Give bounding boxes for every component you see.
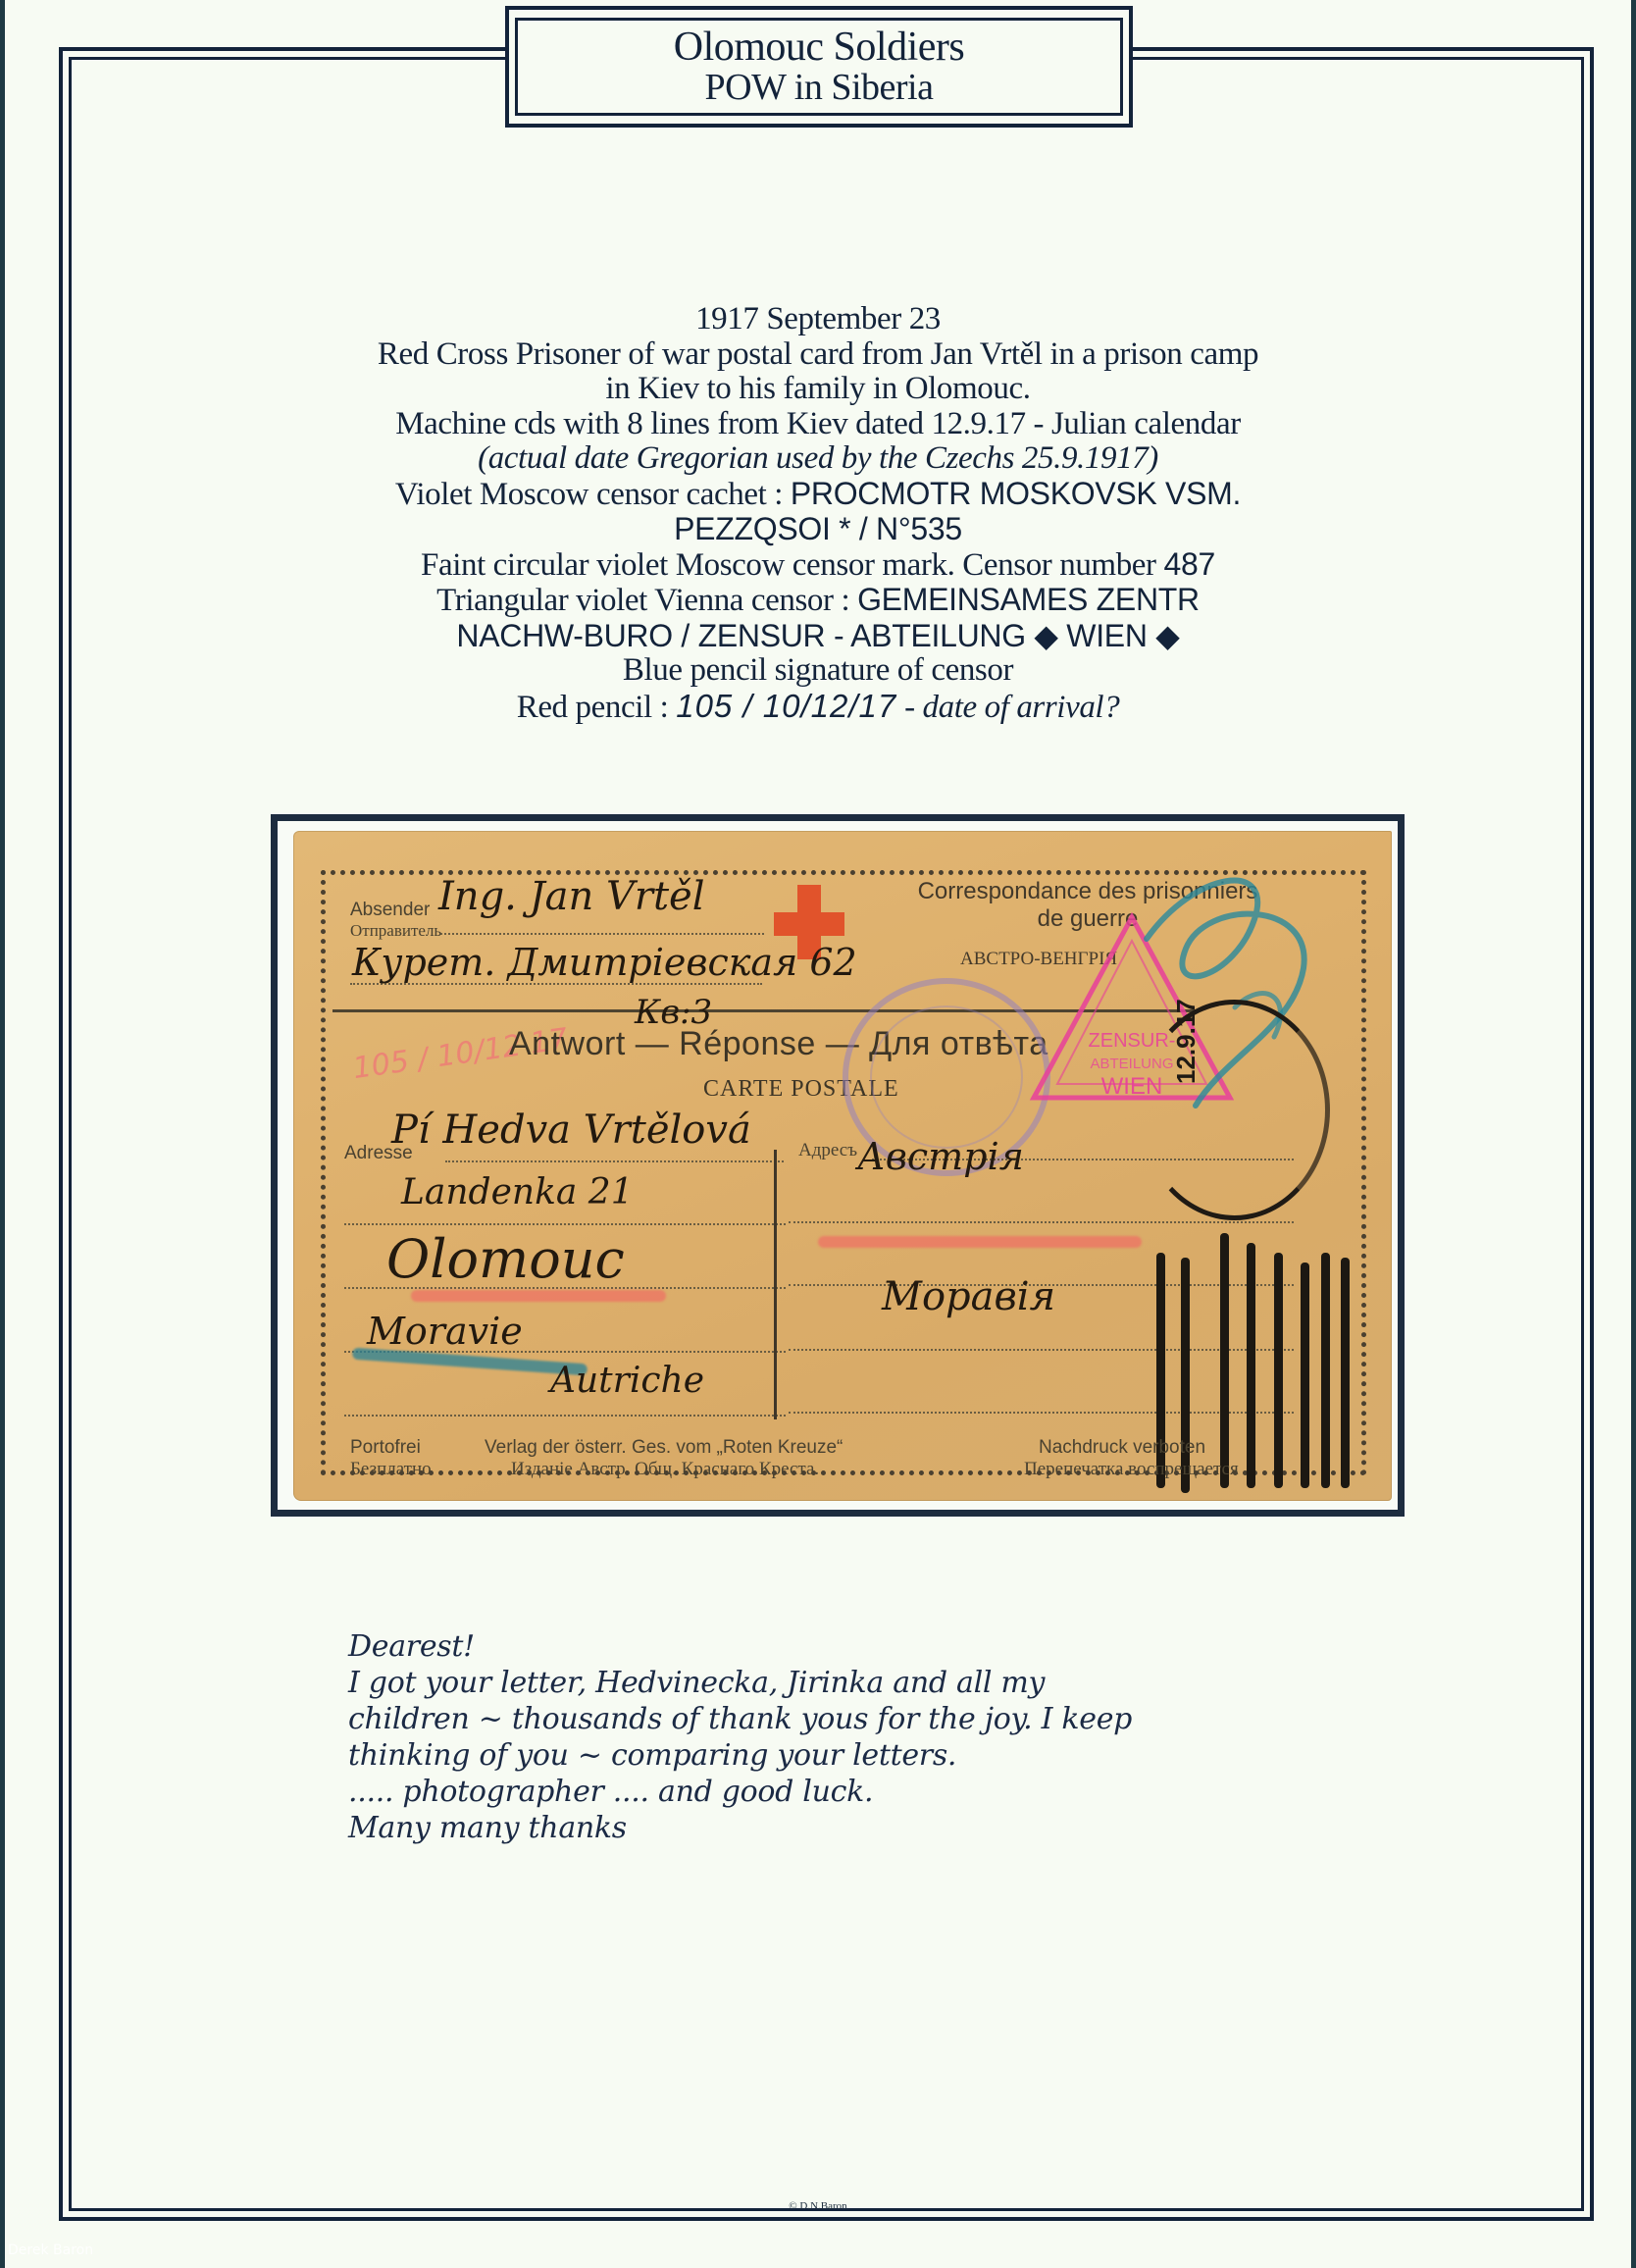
- title-box: Olomouc Soldiers POW in Siberia: [505, 6, 1133, 128]
- postmark-date: 12.9.17: [1171, 999, 1201, 1084]
- censor-ring: [870, 1005, 1023, 1149]
- description-censor-number: Faint circular violet Moscow censor mark…: [196, 547, 1440, 584]
- footer-portofrei: Portofrei: [350, 1437, 421, 1459]
- description-line: Machine cds with 8 lines from Kiev dated…: [196, 407, 1440, 442]
- page-subtitle: POW in Siberia: [705, 68, 934, 107]
- cancel-bar: [1247, 1243, 1255, 1488]
- red-pencil-underline: [411, 1290, 666, 1302]
- scan-edge-left: [0, 0, 5, 2268]
- sender-name-handwritten: Ing. Jan Vrtěl: [438, 874, 705, 919]
- description-moscow-cachet: Violet Moscow censor cachet : PROCMOTR M…: [196, 477, 1440, 513]
- translation-line: children ~ thousands of thank yous for t…: [348, 1701, 1329, 1737]
- cachet-text-2: PEZZQSOI * / N°535: [196, 512, 1440, 547]
- translation-line: Many many thanks: [348, 1810, 1329, 1846]
- censor-number: 487: [1163, 546, 1215, 582]
- description-block: 1917 September 23 Red Cross Prisoner of …: [196, 302, 1440, 725]
- footer-portofrei-ru: Безплатно: [350, 1459, 432, 1480]
- cachet-text: PROCMOTR MOSKOVSK VSM.: [791, 476, 1241, 511]
- red-pencil-value: 105 / 10/12/17: [676, 688, 896, 724]
- address-dotted-line: [344, 1415, 786, 1417]
- watermark: Derek Baron: [8, 2242, 93, 2258]
- description-red-pencil: Red pencil : 105 / 10/12/17 - date of ar…: [196, 689, 1440, 726]
- footer-publisher-ru: Изданіе Австр. Общ. Краснаго Креста.: [511, 1459, 819, 1480]
- description-gregorian-note: (actual date Gregorian used by the Czech…: [196, 441, 1440, 477]
- translation-line: I got your letter, Hedvinecka, Jirinka a…: [348, 1665, 1329, 1701]
- label: Faint circular violet Moscow censor mark…: [421, 547, 1163, 583]
- label: Red pencil :: [517, 690, 677, 725]
- description-blue-pencil: Blue pencil signature of censor: [196, 653, 1440, 689]
- label: Triangular violet Vienna censor :: [436, 583, 857, 618]
- recipient-country-handwritten: Autriche: [550, 1361, 704, 1401]
- description-line: Red Cross Prisoner of war postal card fr…: [196, 337, 1440, 373]
- footer-publisher: Verlag der österr. Ges. vom „Roten Kreuz…: [485, 1437, 843, 1459]
- arrival-note: - date of arrival?: [896, 690, 1119, 725]
- translation-line: Dearest!: [348, 1628, 1329, 1665]
- address-dotted-line: [445, 1160, 784, 1162]
- label: Violet Moscow censor cachet :: [395, 477, 791, 512]
- card-divider: [774, 1150, 777, 1419]
- sender-label: Absender: [350, 900, 430, 921]
- handwritten-translation: Dearest! I got your letter, Hedvinecka, …: [348, 1628, 1329, 1846]
- address-dotted-line: [789, 1349, 1294, 1351]
- recipient-city-handwritten: Olomouc: [386, 1228, 625, 1290]
- recipient-street-handwritten: Landenka 21: [401, 1172, 634, 1212]
- address-dotted-line: [789, 1221, 1294, 1223]
- cancel-bar: [1301, 1263, 1309, 1488]
- title-box-inner: Olomouc Soldiers POW in Siberia: [515, 18, 1123, 116]
- footer-nachdruck-ru: Перепечатка воспрещается: [1024, 1459, 1239, 1480]
- cancel-bar: [1341, 1258, 1350, 1488]
- postcard: Absender Отправитель Ing. Jan Vrtěl Куре…: [293, 831, 1392, 1501]
- red-pencil-underline: [818, 1236, 1142, 1248]
- recipient-country-ru-handwritten: Австрія: [857, 1135, 1024, 1178]
- cancel-bar: [1220, 1233, 1229, 1488]
- postcard-mount: Absender Отправитель Ing. Jan Vrtěl Куре…: [271, 814, 1405, 1517]
- kiev-postmark: [1139, 1000, 1330, 1220]
- recipient-region-ru-handwritten: Моравія: [882, 1274, 1055, 1319]
- copyright: © D.N.Baron: [0, 2200, 1636, 2212]
- description-date: 1917 September 23: [196, 302, 1440, 337]
- address-label-ru: Адресъ: [798, 1140, 857, 1161]
- recipient-name-handwritten: Pí Hedva Vrtělová: [391, 1108, 751, 1153]
- sender-address-handwritten: Курет. Дмитріевская 62: [352, 941, 857, 984]
- cancel-bar: [1274, 1253, 1283, 1488]
- translation-line: thinking of you ~ comparing your letters…: [348, 1737, 1329, 1774]
- address-dotted-line: [344, 1223, 786, 1225]
- address-dotted-line: [789, 1412, 1294, 1414]
- page-title: Olomouc Soldiers: [674, 26, 964, 68]
- cancel-bar: [1321, 1253, 1330, 1488]
- translation-line: ..... photographer .... and good luck.: [348, 1774, 1329, 1810]
- footer-nachdruck: Nachdruck verboten: [1039, 1437, 1205, 1459]
- cachet-text-vienna-2: NACHW-BURO / ZENSUR - ABTEILUNG ◆ WIEN ◆: [196, 619, 1440, 654]
- description-line: in Kiev to his family in Olomouc.: [196, 372, 1440, 407]
- cachet-text: GEMEINSAMES ZENTR: [857, 582, 1200, 617]
- recipient-region-handwritten: Moravie: [367, 1310, 523, 1353]
- sender-dotted-line: [440, 933, 764, 935]
- sender-label-ru: Отправитель: [350, 921, 441, 941]
- scan-edge-right: [1631, 0, 1636, 2268]
- description-vienna-censor: Triangular violet Vienna censor : GEMEIN…: [196, 583, 1440, 619]
